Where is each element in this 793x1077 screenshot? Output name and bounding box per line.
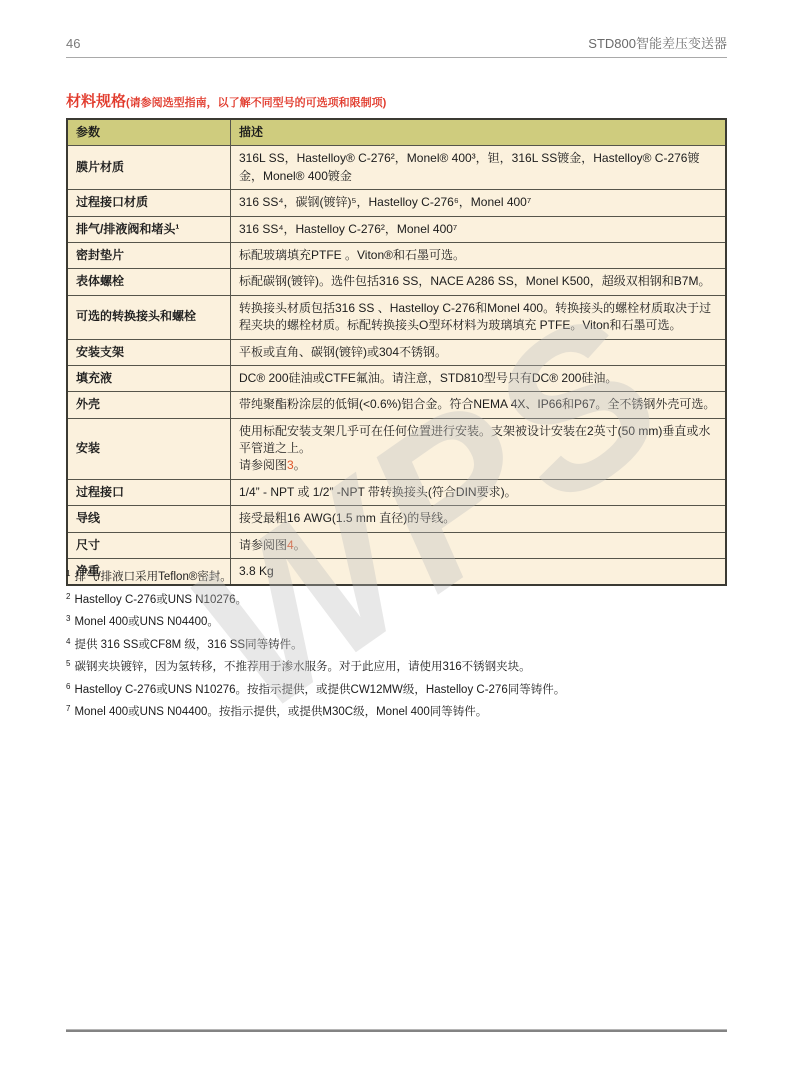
figure-3-link[interactable]: 3 (287, 458, 294, 472)
footnote-text: Monel 400或UNS N04400。按指示提供，或提供M30C级，Mone… (74, 706, 487, 718)
param-cell: 膜片材质 (67, 146, 231, 190)
footnote-number: 5 (66, 659, 70, 668)
desc-cell: 使用标配安装支架几乎可在任何位置进行安装。支架被设计安装在2英寸(50 mm)垂… (231, 418, 727, 479)
table-row: 过程接口 1/4” - NPT 或 1/2” -NPT 带转换接头(符合DIN要… (67, 479, 726, 505)
table-row: 填充液 DC® 200硅油或CTFE氟油。请注意，STD810型号只有DC® 2… (67, 365, 726, 391)
param-cell: 密封垫片 (67, 242, 231, 268)
desc-cell: 带纯聚酯粉涂层的低铜(<0.6%)铝合金。符合NEMA 4X、IP66和P67。… (231, 392, 727, 418)
fig-ref-suffix: 。 (294, 458, 306, 472)
footnote-text: Hastelloy C-276或UNS N10276。按指示提供，或提供CW12… (74, 684, 565, 696)
desc-cell: 标配玻璃填充PTFE 。Viton®和石墨可选。 (231, 242, 727, 268)
footnote-number: 1 (66, 569, 70, 578)
desc-cell: 316 SS⁴，碳钢(镀锌)⁵，Hastelloy C-276⁶，Monel 4… (231, 190, 727, 216)
footer-rule (66, 1029, 727, 1032)
fig-ref-suffix: 。 (294, 538, 306, 552)
desc-cell: 请参阅图4。 (231, 532, 727, 558)
table-row: 可选的转换接头和螺栓 转换接头材质包括316 SS 、Hastelloy C-2… (67, 295, 726, 339)
footnote-item: 1排气/排液口采用Teflon®密封。 (66, 570, 727, 586)
footnote-item: 4提供 316 SS或CF8M 级，316 SS同等铸件。 (66, 638, 727, 654)
footnote-number: 6 (66, 682, 70, 691)
footnote-text: Monel 400或UNS N04400。 (74, 616, 218, 628)
desc-cell: 转换接头材质包括316 SS 、Hastelloy C-276和Monel 40… (231, 295, 727, 339)
desc-cell: 标配碳钢(镀锌)。选件包括316 SS，NACE A286 SS，Monel K… (231, 269, 727, 295)
footnotes: 1排气/排液口采用Teflon®密封。 2Hastelloy C-276或UNS… (66, 570, 727, 728)
footnote-text: 排气/排液口采用Teflon®密封。 (74, 571, 231, 583)
figure-reference-line: 请参阅图3。 (239, 457, 717, 474)
footnote-item: 7Monel 400或UNS N04400。按指示提供，或提供M30C级，Mon… (66, 705, 727, 721)
param-cell: 安装 (67, 418, 231, 479)
desc-cell: 平板或直角、碳钢(镀锌)或304不锈钢。 (231, 339, 727, 365)
desc-cell: 1/4” - NPT 或 1/2” -NPT 带转换接头(符合DIN要求)。 (231, 479, 727, 505)
param-cell: 导线 (67, 506, 231, 532)
footnote-number: 3 (66, 614, 70, 623)
fig-ref-prefix: 请参阅图 (239, 458, 287, 472)
desc-cell: 316 SS⁴，Hastelloy C-276²，Monel 400⁷ (231, 216, 727, 242)
footnote-number: 7 (66, 704, 70, 713)
footnote-item: 2Hastelloy C-276或UNS N10276。 (66, 593, 727, 609)
section-title-text: 材料规格 (66, 93, 126, 110)
figure-4-link[interactable]: 4 (287, 538, 294, 552)
footnote-number: 2 (66, 592, 70, 601)
param-cell: 填充液 (67, 365, 231, 391)
section-title: 材料规格(请参阅选型指南，以了解不同型号的可选项和限制项) (66, 90, 386, 111)
col-header-desc: 描述 (231, 119, 727, 146)
footnote-number: 4 (66, 637, 70, 646)
table-row: 导线 接受最粗16 AWG(1.5 mm 直径)的导线。 (67, 506, 726, 532)
table-row: 表体螺栓 标配碳钢(镀锌)。选件包括316 SS，NACE A286 SS，Mo… (67, 269, 726, 295)
table-row: 排气/排液阀和堵头¹ 316 SS⁴，Hastelloy C-276²，Mone… (67, 216, 726, 242)
param-cell: 外壳 (67, 392, 231, 418)
param-cell: 过程接口 (67, 479, 231, 505)
footnote-text: Hastelloy C-276或UNS N10276。 (74, 594, 247, 606)
param-cell: 安装支架 (67, 339, 231, 365)
footnote-text: 提供 316 SS或CF8M 级，316 SS同等铸件。 (74, 639, 302, 651)
table-row: 过程接口材质 316 SS⁴，碳钢(镀锌)⁵，Hastelloy C-276⁶，… (67, 190, 726, 216)
desc-text: 使用标配安装支架几乎可在任何位置进行安装。支架被设计安装在2英寸(50 mm)垂… (239, 423, 717, 458)
desc-cell: DC® 200硅油或CTFE氟油。请注意，STD810型号只有DC® 200硅油… (231, 365, 727, 391)
footnote-item: 3Monel 400或UNS N04400。 (66, 615, 727, 631)
table-row: 外壳 带纯聚酯粉涂层的低铜(<0.6%)铝合金。符合NEMA 4X、IP66和P… (67, 392, 726, 418)
param-cell: 排气/排液阀和堵头¹ (67, 216, 231, 242)
document-page: 46 STD800智能差压变送器 材料规格(请参阅选型指南，以了解不同型号的可选… (0, 0, 793, 1077)
material-spec-table: 参数 描述 膜片材质 316L SS，Hastelloy® C-276²，Mon… (66, 118, 727, 586)
table-header-row: 参数 描述 (67, 119, 726, 146)
header-rule (66, 57, 727, 58)
table-row: 安装支架 平板或直角、碳钢(镀锌)或304不锈钢。 (67, 339, 726, 365)
section-subtitle: (请参阅选型指南，以了解不同型号的可选项和限制项) (126, 97, 386, 109)
param-cell: 尺寸 (67, 532, 231, 558)
footnote-item: 6Hastelloy C-276或UNS N10276。按指示提供，或提供CW1… (66, 683, 727, 699)
table-row: 安装 使用标配安装支架几乎可在任何位置进行安装。支架被设计安装在2英寸(50 m… (67, 418, 726, 479)
footnote-text: 碳钢夹块镀锌，因为氢转移，不推荐用于渗水服务。对于此应用，请使用316不锈钢夹块… (74, 661, 530, 673)
desc-cell: 接受最粗16 AWG(1.5 mm 直径)的导线。 (231, 506, 727, 532)
param-cell: 表体螺栓 (67, 269, 231, 295)
footnote-item: 5碳钢夹块镀锌，因为氢转移，不推荐用于渗水服务。对于此应用，请使用316不锈钢夹… (66, 660, 727, 676)
param-cell: 过程接口材质 (67, 190, 231, 216)
page-number: 46 (66, 36, 80, 51)
col-header-param: 参数 (67, 119, 231, 146)
fig-ref-prefix: 请参阅图 (239, 538, 287, 552)
param-cell: 可选的转换接头和螺栓 (67, 295, 231, 339)
desc-cell: 316L SS，Hastelloy® C-276²，Monel® 400³，钽，… (231, 146, 727, 190)
table-row: 尺寸 请参阅图4。 (67, 532, 726, 558)
page-header: 46 STD800智能差压变送器 (66, 33, 727, 52)
doc-title: STD800智能差压变送器 (588, 33, 727, 52)
table-row: 膜片材质 316L SS，Hastelloy® C-276²，Monel® 40… (67, 146, 726, 190)
table-row: 密封垫片 标配玻璃填充PTFE 。Viton®和石墨可选。 (67, 242, 726, 268)
